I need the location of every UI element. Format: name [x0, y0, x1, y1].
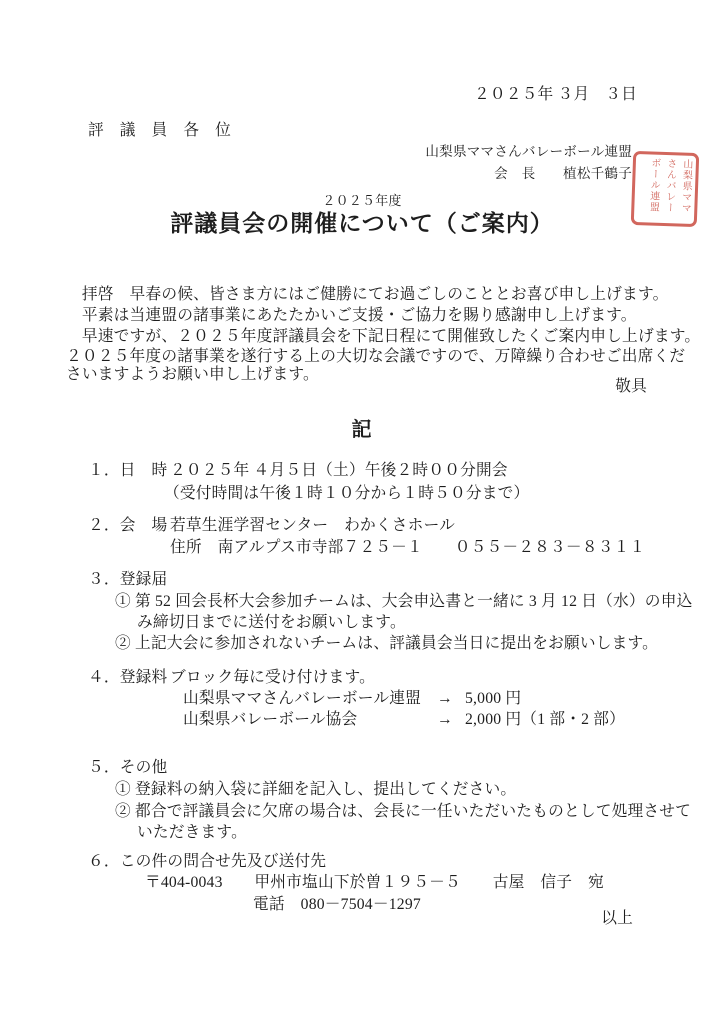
- item-datetime-note: （受付時間は午後１時１０分から１時５０分まで）: [164, 483, 529, 504]
- item-other-b1: ① 登録料の納入袋に詳細を記入し、提出してください。: [115, 779, 516, 800]
- fee-amount: 2,000 円（1 部・2 部）: [465, 709, 625, 730]
- greeting-line: 早速ですが、２０２５年度評議員会を下記日程にて開催致したくご案内申し上げます。: [66, 326, 700, 347]
- item-value: 若草生涯学習センター わかくさホール: [170, 515, 455, 536]
- item-other-b2-cont: いただきます。: [137, 822, 247, 843]
- ki-heading: 記: [0, 417, 724, 443]
- arrow-icon: →: [437, 709, 465, 730]
- greeting-line: 拝啓 早春の候、皆さま方にはご健勝にてお過ごしのこととお喜び申し上げます。: [66, 284, 668, 305]
- item-registration-b2: ② 上記大会に参加されないチームは、評議員会当日に提出をお願いします。: [115, 633, 658, 654]
- item-contact-header: ６．この件の問合せ先及び送付先: [88, 851, 326, 872]
- item-contact-phone: 電話 080－7504－1297: [253, 894, 421, 915]
- item-fee-header: ４．登録料ブロック毎に受け付けます。: [88, 667, 375, 688]
- recipient-line: 評 議 員 各 位: [88, 120, 231, 141]
- item-label: １．日 時: [88, 460, 170, 481]
- item-registration-header: ３．登録届: [88, 569, 167, 590]
- item-registration-b1-cont: み締切日までに送付をお願いします。: [137, 612, 406, 633]
- arrow-icon: →: [437, 688, 465, 709]
- year-heading: ２０２５年度: [0, 192, 724, 209]
- item-value: ブロック毎に受け付けます。: [170, 667, 375, 688]
- item-venue-address: 住所 南アルプス市寺部７２５－１ ０５５－２８３－８３１１: [170, 537, 645, 558]
- item-venue: ２．会 場若草生涯学習センター わかくさホール: [88, 515, 455, 536]
- item-contact-address: 〒404-0043 甲州市塩山下於曽１９５－５ 古屋 信子 宛: [145, 872, 604, 893]
- item-other-b2: ② 都合で評議員会に欠席の場合は、会長に一任いただいたものとして処理させて: [115, 801, 691, 822]
- item-value: ２０２５年 ４月５日（土）午後２時００分開会: [170, 460, 508, 481]
- fee-row: 山梨県ママさんバレーボール連盟→5,000 円: [183, 688, 521, 709]
- closing-ijou: 以上: [601, 908, 633, 929]
- item-label: ４．登録料: [88, 667, 170, 688]
- fee-org: 山梨県ママさんバレーボール連盟: [183, 688, 437, 709]
- date-line: ２０２５年 ３月 ３日: [474, 84, 637, 105]
- sender-org: 山梨県ママさんバレーボール連盟: [425, 142, 632, 161]
- fee-org: 山梨県バレーボール協会: [183, 709, 437, 730]
- fee-amount: 5,000 円: [465, 688, 521, 709]
- greeting-line: 平素は当連盟の諸事業にあたたかいご支援・ご協力を賜り感謝申し上げます。: [66, 305, 637, 326]
- letter-page: ２０２５年 ３月 ３日 評 議 員 各 位 山梨県ママさんバレーボール連盟 会 …: [0, 0, 724, 1024]
- item-other-header: ５．その他: [88, 757, 167, 778]
- sender-name: 会 長 植松千鶴子: [494, 164, 632, 183]
- fee-row: 山梨県バレーボール協会→2,000 円（1 部・2 部）: [183, 709, 625, 730]
- greeting-line: さいますようお願い申し上げます。: [66, 364, 319, 385]
- page-title: 評議員会の開催について（ご案内）: [0, 209, 724, 238]
- item-datetime: １．日 時２０２５年 ４月５日（土）午後２時００分開会: [88, 460, 508, 481]
- item-registration-b1: ① 第 52 回会長杯大会参加チームは、大会申込書と一緒に 3 月 12 日（水…: [115, 591, 692, 612]
- closing-keigu: 敬具: [615, 376, 647, 397]
- item-label: ２．会 場: [88, 515, 170, 536]
